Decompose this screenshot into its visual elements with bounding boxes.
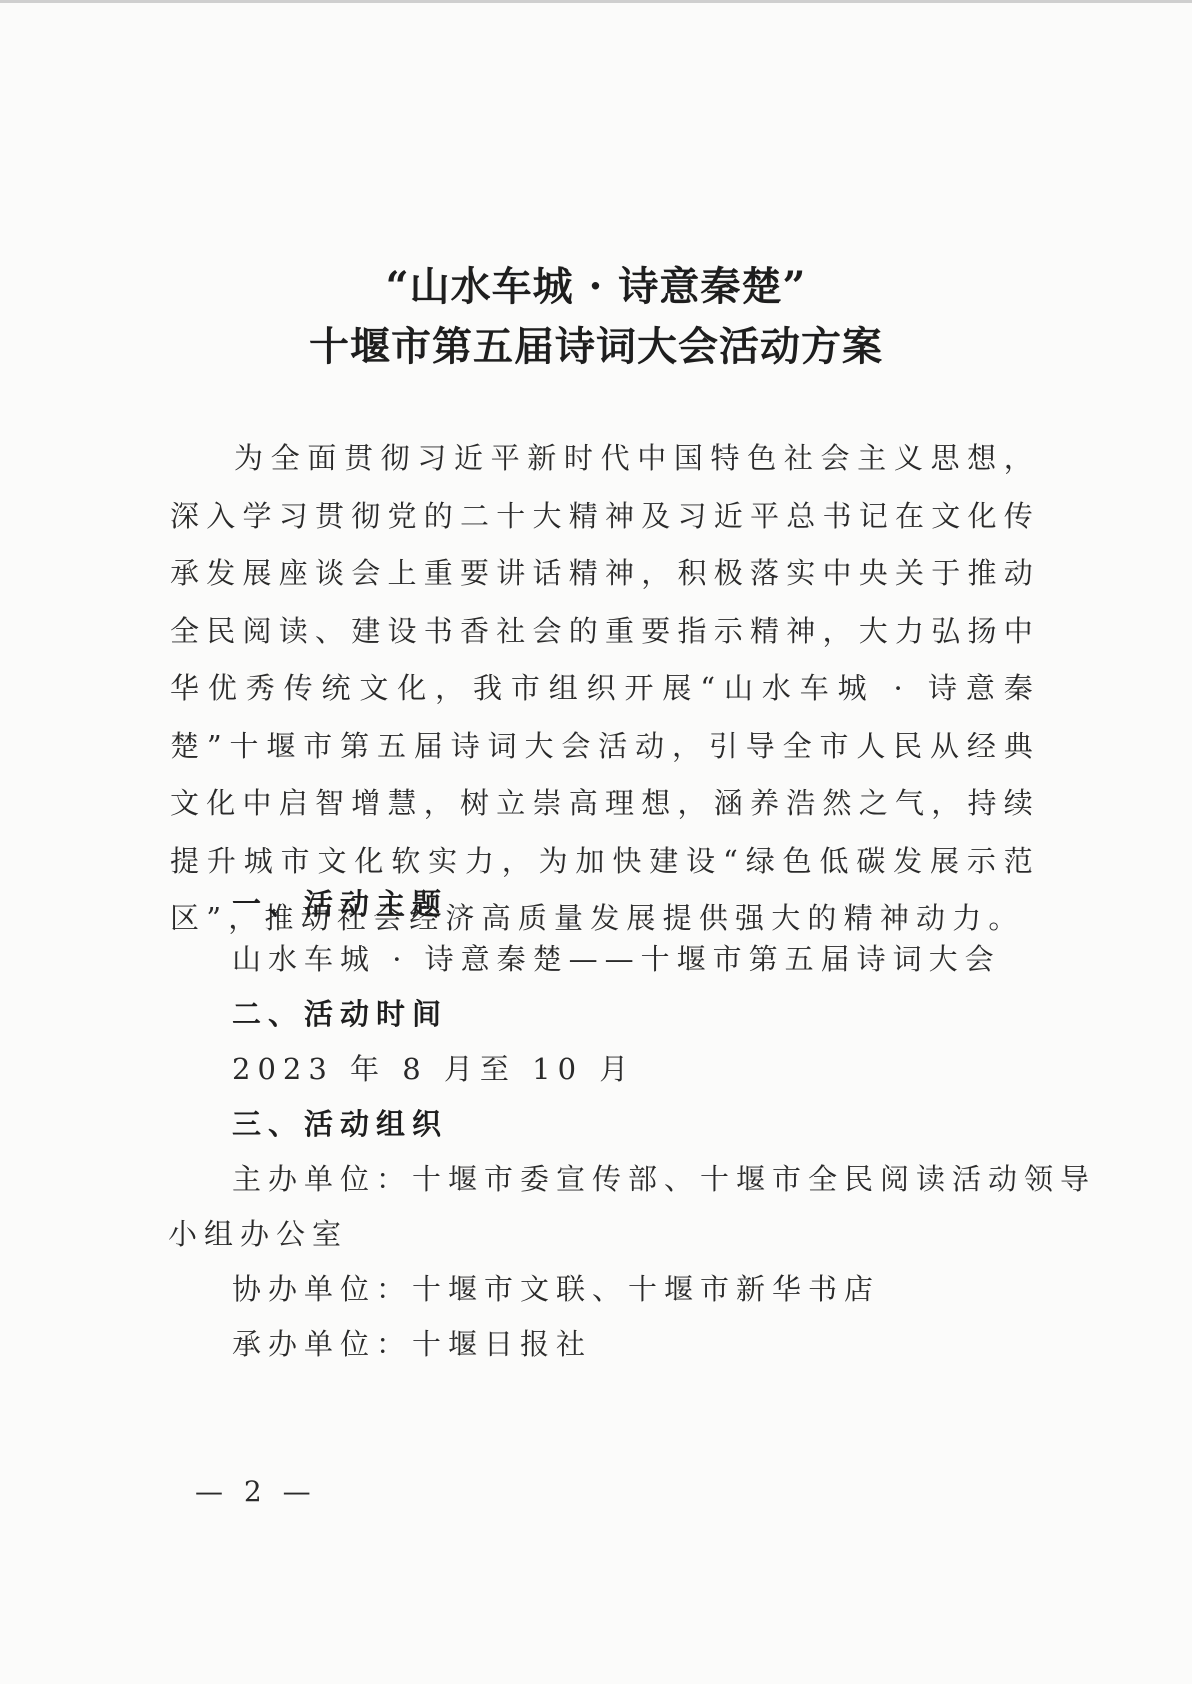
- scan-top-edge: [0, 0, 1192, 3]
- document-title-line-2: 十堰市第五届诗词大会活动方案: [0, 315, 1192, 372]
- co-host-unit: 协办单位：十堰市文联、十堰市新华书店: [232, 1267, 880, 1308]
- host-unit-continued: 小组办公室: [168, 1212, 348, 1253]
- intro-paragraph: 为全面贯彻习近平新时代中国特色社会主义思想，深入学习贯彻党的二十大精神及习近平总…: [170, 430, 1040, 948]
- organizer-unit: 承办单位：十堰日报社: [232, 1322, 592, 1363]
- section-heading-time: 二、活动时间: [232, 992, 448, 1033]
- section-content-time: 2023 年 8 月至 10 月: [232, 1047, 635, 1088]
- page-number: — 2 —: [195, 1475, 317, 1508]
- section-heading-theme: 一、活动主题: [232, 882, 448, 923]
- document-title-line-1: “山水车城 · 诗意秦楚”: [0, 255, 1192, 312]
- host-unit: 主办单位：十堰市委宣传部、十堰市全民阅读活动领导: [232, 1157, 1096, 1198]
- section-content-theme: 山水车城 · 诗意秦楚——十堰市第五届诗词大会: [232, 937, 1001, 978]
- section-heading-organization: 三、活动组织: [232, 1102, 448, 1143]
